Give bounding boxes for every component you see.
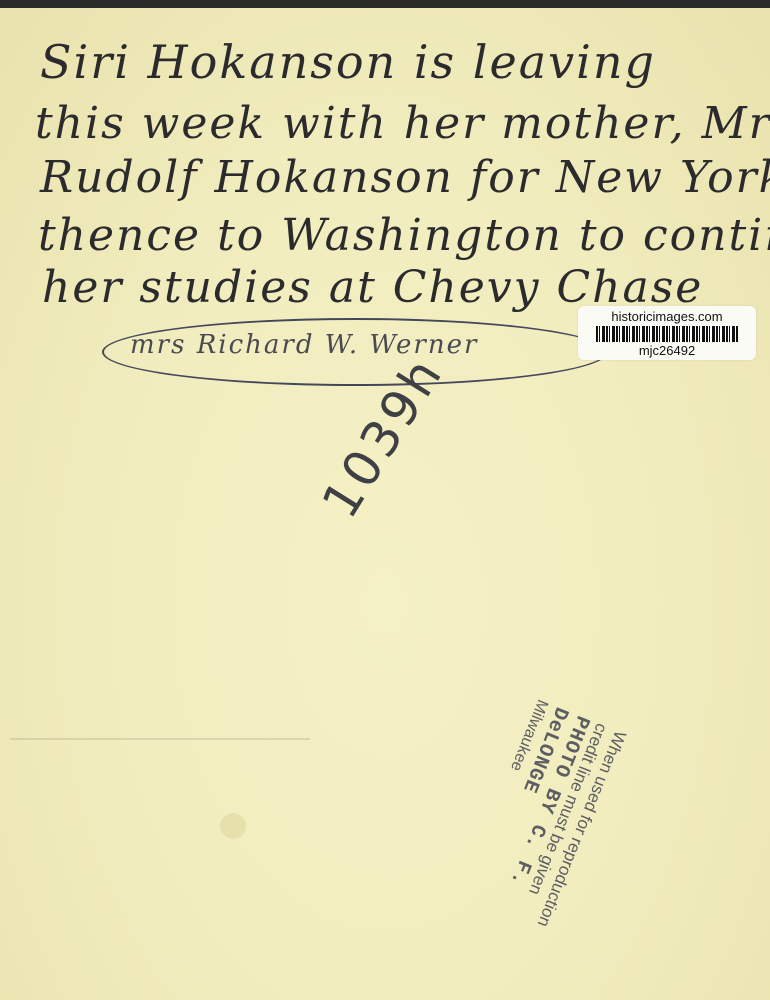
label-site: historicimages.com	[578, 309, 756, 324]
label-code: mjc26492	[578, 343, 756, 358]
crease	[10, 738, 310, 740]
archive-label: historicimages.com mjc26492	[578, 306, 756, 360]
circled-name: mrs Richard W. Werner	[130, 330, 478, 360]
handwriting-line-4: thence to Washington to continue	[38, 210, 770, 261]
handwriting-line-3: Rudolf Hokanson for New York	[40, 152, 770, 203]
stain	[220, 813, 246, 839]
handwriting-line-1: Siri Hokanson is leaving	[40, 35, 656, 89]
handwriting-line-2: this week with her mother, Mrs	[35, 98, 770, 149]
barcode-icon	[596, 326, 738, 342]
